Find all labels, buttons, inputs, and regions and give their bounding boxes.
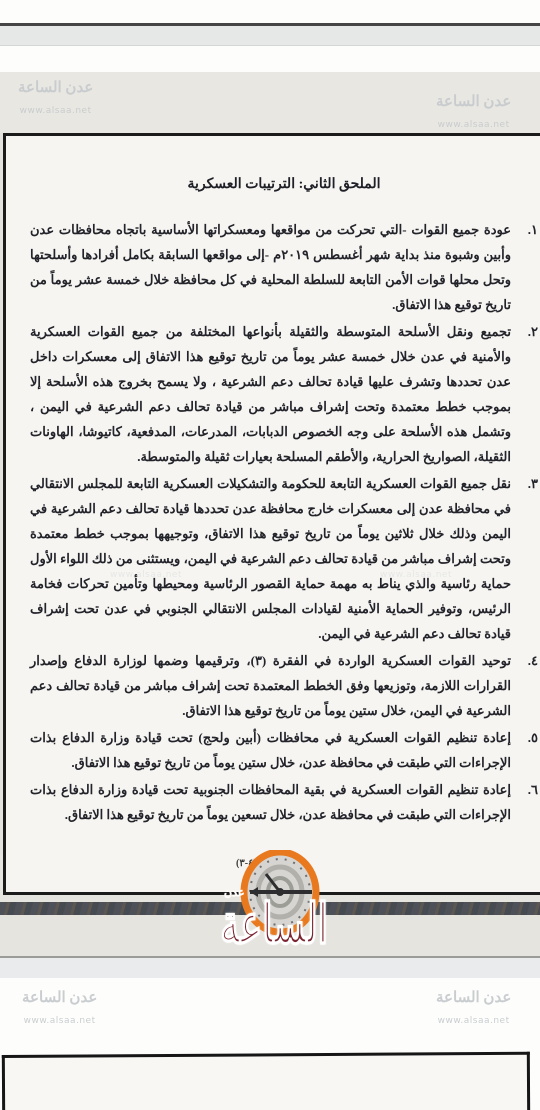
item-number: ٥. [518,725,538,775]
item-text: إعادة تنظيم القوات العسكرية في محافظات (… [30,725,511,775]
watermark: عدن الساعة www.alsaa.net [22,988,97,1026]
item-text: تجميع ونقل الأسلحة المتوسطة والثقيلة بأن… [30,319,511,469]
watermark: عدن الساعة www.alsaa.net [436,92,511,130]
watermark: عدن الساعة www.alsaa.net [436,988,511,1026]
item-number: ٦. [518,777,538,827]
document-page: الملحق الثاني: الترتيبات العسكرية ١. عود… [3,133,540,895]
next-page-top-edge [2,1052,530,1110]
watermark: عدن الساعة www.alsaa.net [18,78,93,116]
watermark-url: www.alsaa.net [18,106,93,116]
list-item: ٥. إعادة تنظيم القوات العسكرية في محافظا… [30,725,538,775]
item-text: توحيد القوات العسكرية الواردة في الفقرة … [30,648,511,723]
item-number: ٢. [518,319,538,469]
annex-title: الملحق الثاني: الترتيبات العسكرية [30,176,538,193]
list-item: ٦. إعادة تنظيم القوات العسكرية في بقية ا… [30,777,538,827]
item-number: ٣. [518,471,538,646]
item-text: عودة جميع القوات -التي تحركت من مواقعها … [30,217,511,317]
list-item: ٣. نقل جميع القوات العسكرية التابعة للحك… [30,471,538,646]
list-item: ٢. تجميع ونقل الأسلحة المتوسطة والثقيلة … [30,319,538,469]
list-item: ٤. توحيد القوات العسكرية الواردة في الفق… [30,648,538,723]
item-number: ١. [518,217,538,317]
watermark-url: www.alsaa.net [22,1016,97,1026]
watermark-url: www.alsaa.net [110,570,182,580]
watermark-site-name: عدن الساعة [436,988,511,1007]
watermark-url: www.alsaa.net [436,120,511,130]
watermark: www.alsaa.net [110,561,182,580]
top-gray-band [0,26,540,46]
watermark-site-name: عدن الساعة [436,92,511,111]
watermark: www.alsaa.net [380,561,452,580]
logo-city-text: عدن [224,886,244,899]
watermark-site-name: عدن الساعة [22,988,97,1007]
logo-calligraphy: الساعة [232,898,328,954]
watermark-url: www.alsaa.net [380,570,452,580]
watermark-site-name: عدن الساعة [18,78,93,97]
watermark-url: www.alsaa.net [436,1016,511,1026]
item-number: ٤. [518,648,538,723]
item-text: إعادة تنظيم القوات العسكرية في بقية المح… [30,777,511,827]
item-text: نقل جميع القوات العسكرية التابعة للحكومة… [30,471,511,646]
scanned-document-view: عدن الساعة www.alsaa.net عدن الساعة www.… [0,0,540,1110]
list-item: ١. عودة جميع القوات -التي تحركت من مواقع… [30,217,538,317]
alsaa-logo: عدن الساعة [230,850,330,970]
